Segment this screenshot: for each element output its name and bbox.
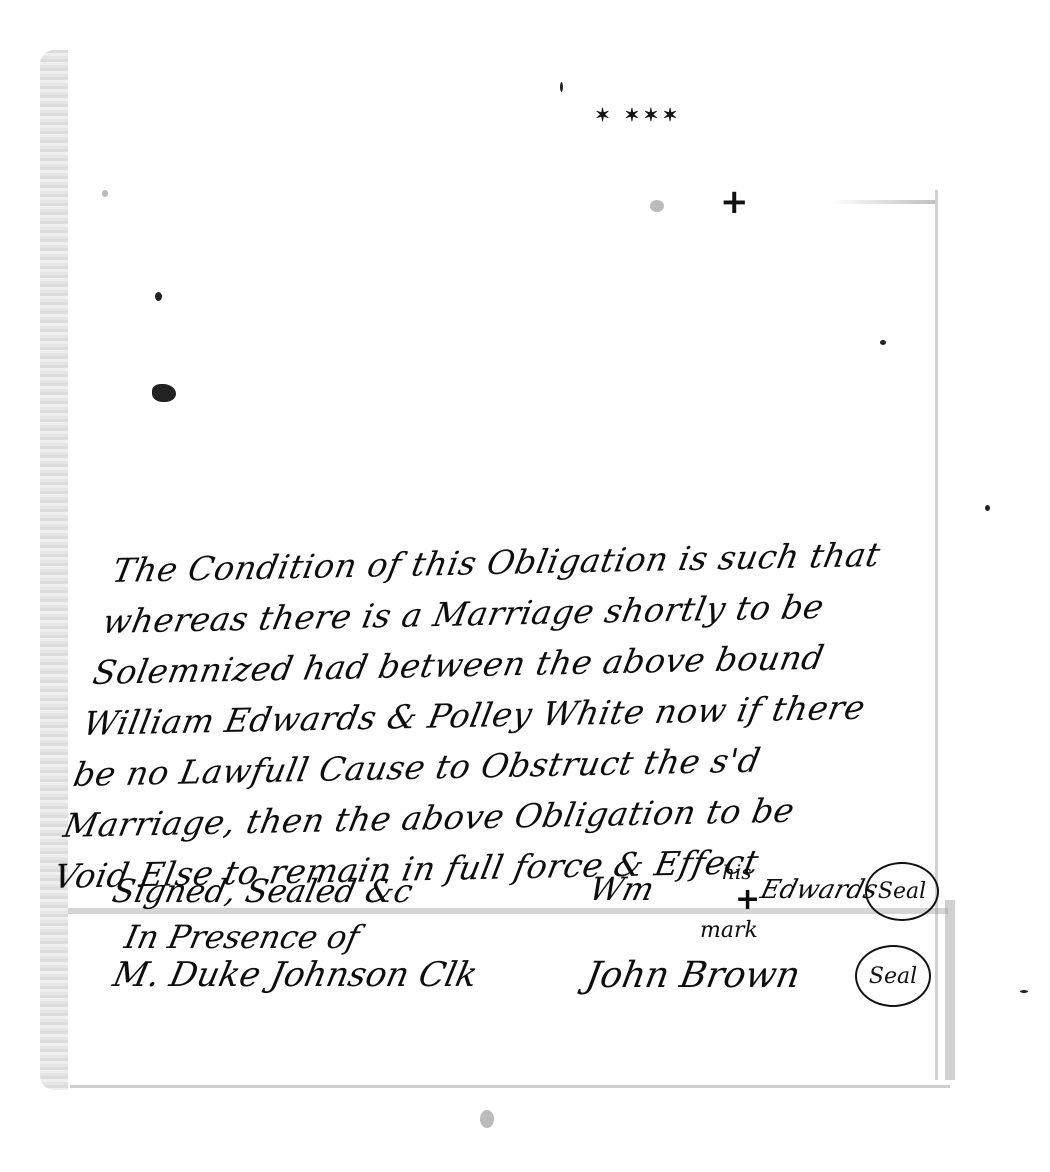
seal-john: Seal <box>855 945 931 1007</box>
signature-john-brown: John Brown <box>583 955 803 996</box>
signature-mark-label: mark <box>700 918 758 943</box>
page-edge-right-lower <box>945 900 955 1080</box>
scanned-document: ✶ ✶✶✶ + The Condition of this Obligation… <box>0 0 1050 1172</box>
smudge <box>480 1110 494 1128</box>
witness-signature: M. Duke Johnson Clk <box>109 955 481 995</box>
signature-william-prefix: Wm <box>586 870 659 908</box>
ink-speck <box>985 505 990 511</box>
page-edge-top <box>830 200 935 204</box>
ink-speck <box>155 292 162 301</box>
smudge <box>102 190 108 197</box>
ink-speck <box>1020 990 1028 993</box>
page-edge-left <box>40 50 68 1090</box>
signature-cross-mark: + <box>735 882 760 917</box>
signed-sealed-block: Signed, Sealed &c In Presence of <box>98 868 417 960</box>
cross-mark: + <box>720 182 749 222</box>
top-ink-marks: ✶ ✶✶✶ <box>595 105 682 126</box>
in-presence-label: In Presence of <box>98 914 407 960</box>
ink-blot <box>152 384 176 402</box>
smudge <box>650 200 664 212</box>
signature-his-label: his <box>722 860 752 884</box>
seal-william: Seal <box>865 862 939 921</box>
page-edge-right <box>935 190 938 1080</box>
ink-speck <box>880 340 886 345</box>
page-edge-bottom <box>70 1085 950 1088</box>
bond-condition-text: The Condition of this Obligation is such… <box>50 528 952 902</box>
ink-speck <box>560 82 563 92</box>
signed-sealed-label: Signed, Sealed &c <box>108 868 417 914</box>
signature-william-surname: Edwards <box>758 875 881 905</box>
